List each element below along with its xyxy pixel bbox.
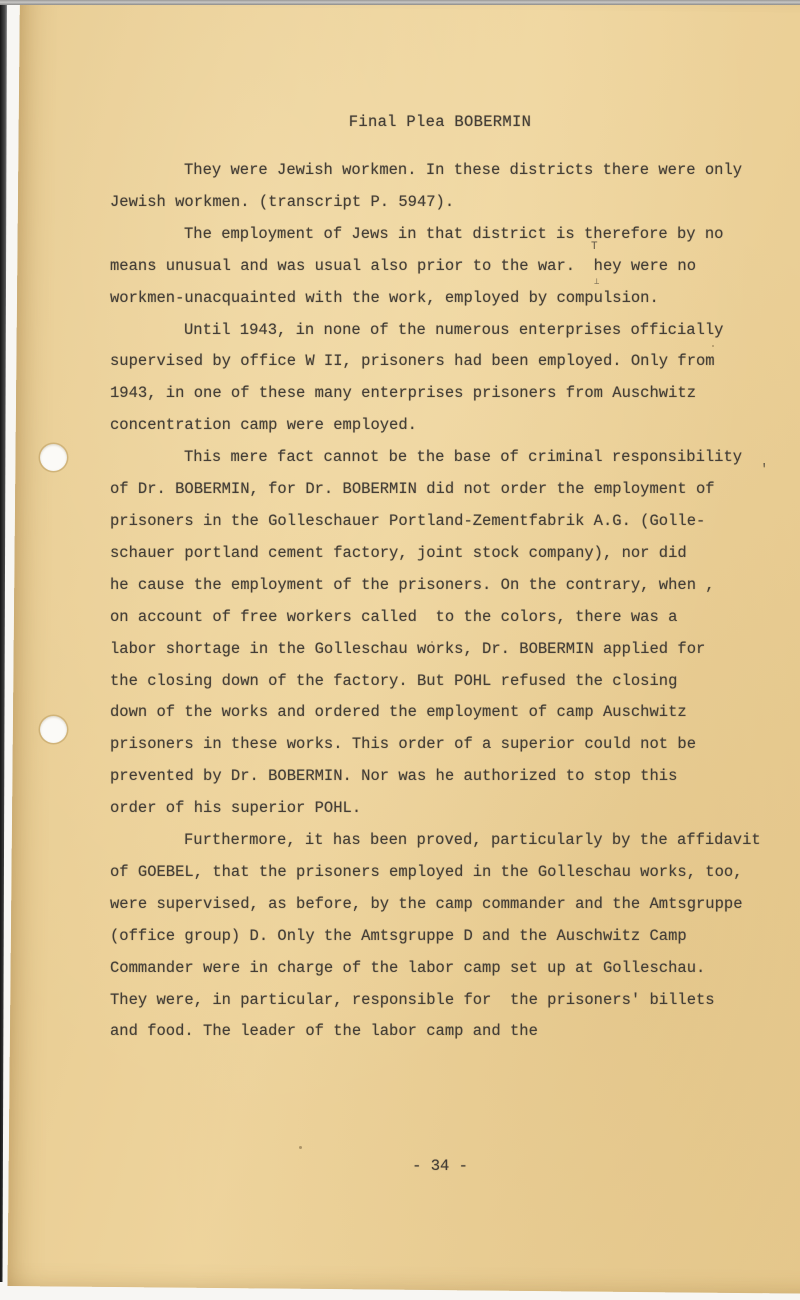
stray-ink-mark: ' bbox=[760, 462, 768, 478]
text-line: workmen-unacquainted with the work, empl… bbox=[0, 283, 800, 315]
punch-hole-top bbox=[40, 444, 67, 471]
text-line: (office group) D. Only the Amtsgruppe D … bbox=[0, 921, 800, 953]
paper-speck bbox=[712, 345, 714, 347]
text-line: schauer portland cement factory, joint s… bbox=[0, 538, 800, 570]
text-line: prisoners in the Golleschauer Portland-Z… bbox=[0, 506, 800, 538]
scanned-page: Final Plea BOBERMIN They were Jewish wor… bbox=[0, 0, 800, 1300]
text-line: concentration camp were employed. bbox=[0, 410, 800, 442]
text-line: Commander were in charge of the labor ca… bbox=[0, 953, 800, 985]
text-line: down of the works and ordered the employ… bbox=[0, 697, 800, 729]
text-line: on account of free workers called to the… bbox=[0, 602, 800, 634]
text-line: prevented by Dr. BOBERMIN. Nor was he au… bbox=[0, 761, 800, 793]
typed-correction-mark-below: ⊥ bbox=[594, 277, 599, 287]
text-line: of GOEBEL, that the prisoners employed i… bbox=[0, 857, 800, 889]
paper-speck bbox=[152, 263, 154, 265]
punch-hole-bottom bbox=[40, 716, 67, 743]
text-line: of Dr. BOBERMIN, for Dr. BOBERMIN did no… bbox=[0, 474, 800, 506]
paper-speck bbox=[299, 1146, 302, 1149]
typed-correction-mark: T bbox=[591, 241, 598, 253]
text-line: Until 1943, in none of the numerous ente… bbox=[0, 315, 800, 347]
typewritten-text: Final Plea BOBERMIN They were Jewish wor… bbox=[0, 0, 800, 1300]
text-line: and food. The leader of the labor camp a… bbox=[0, 1016, 800, 1048]
page-number: - 34 - bbox=[110, 1157, 770, 1175]
text-line: prisoners in these works. This order of … bbox=[0, 729, 800, 761]
text-line: They were Jewish workmen. In these distr… bbox=[0, 155, 800, 187]
paper-speck bbox=[689, 906, 691, 908]
body-lines: They were Jewish workmen. In these distr… bbox=[0, 155, 800, 1048]
text-line: labor shortage in the Golleschau works, … bbox=[0, 634, 800, 666]
text-line: This mere fact cannot be the base of cri… bbox=[0, 442, 800, 474]
text-line: Furthermore, it has been proved, particu… bbox=[0, 825, 800, 857]
text-line: supervised by office W II, prisoners had… bbox=[0, 346, 800, 378]
scanner-edge bbox=[0, 0, 800, 5]
text-line: means unusual and was usual also prior t… bbox=[0, 251, 800, 283]
paper-speck bbox=[431, 641, 433, 643]
text-line: the closing down of the factory. But POH… bbox=[0, 666, 800, 698]
text-line: he cause the employment of the prisoners… bbox=[0, 570, 800, 602]
text-line: 1943, in one of these many enterprises p… bbox=[0, 378, 800, 410]
text-line: order of his superior POHL. bbox=[0, 793, 800, 825]
page-title: Final Plea BOBERMIN bbox=[110, 113, 770, 131]
text-line: Jewish workmen. (transcript P. 5947). bbox=[0, 187, 800, 219]
text-line: were supervised, as before, by the camp … bbox=[0, 889, 800, 921]
text-line: They were, in particular, responsible fo… bbox=[0, 985, 800, 1017]
text-line: The employment of Jews in that district … bbox=[0, 219, 800, 251]
